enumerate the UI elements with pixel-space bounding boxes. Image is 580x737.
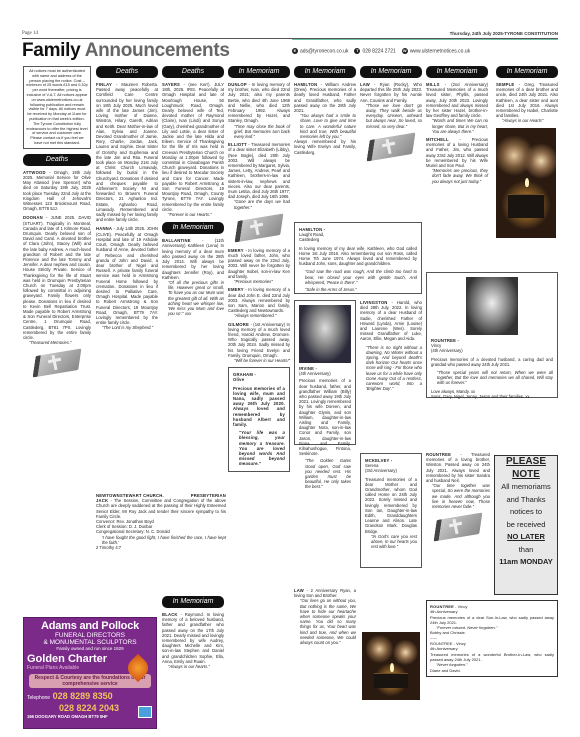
bible-icon: [365, 133, 417, 163]
verse: "Precious memories": [228, 279, 290, 284]
verse: "The Lord is my Shepherd.": [96, 325, 158, 330]
memoriam-notice: LAW - Ryan (Rocky), Who departed this li…: [360, 82, 422, 103]
verse: "Forever in our Hearts.": [162, 212, 224, 217]
graham-boxed-notice: GRAHAM - Olive Precious memories of a lo…: [228, 367, 290, 471]
irvine-boxed-notice: IRVINE - (4th Anniversary) Precious memo…: [294, 300, 356, 445]
deaths-header: Deaths: [23, 154, 91, 166]
deaths-header: Deaths: [162, 66, 224, 78]
phone-contact[interactable]: T028 8224 2721: [354, 48, 395, 54]
candle-image: [496, 128, 556, 238]
memoriam-notice: EMERY - In loving memory of a dear dad J…: [228, 287, 290, 313]
death-notice: DOONAN - JUNE 2025. DAVID (STUART). Trag…: [23, 215, 91, 340]
web-icon: W: [402, 48, 408, 54]
please-note-box: PLEASE NOTE All memoriams and Thanks not…: [494, 455, 558, 595]
newspaper-page: Page 14 Thursday, 24th July 2025-TYRONE …: [22, 0, 558, 737]
page-number: Page 14: [22, 31, 38, 36]
livingston-notice: LIVINGSTON - Harold, who died 28th July,…: [360, 300, 422, 391]
verse: "Always in our hearts.": [162, 664, 224, 669]
verse: "Our lives go on without you, But nothin…: [294, 598, 356, 645]
verse: "Gone are the days we had together.": [228, 199, 290, 209]
column-1: All notices must be authenticated with n…: [23, 66, 91, 383]
rountree-brother-notice: ROUNTREE - Treasured memories of a lovin…: [426, 452, 490, 547]
title-word-announcements: Announcements: [85, 40, 230, 61]
title-word-family: Family: [22, 40, 80, 61]
web-contact[interactable]: Wwww.ulsternetnotices.co.uk: [402, 48, 470, 54]
in-memoriam-header: In Memoriam: [228, 66, 290, 78]
in-memoriam-header: In Memoriam: [294, 66, 356, 78]
verse: "Always remembered.": [228, 313, 290, 318]
memoriam-notice: GILMORE - (1st Anniversary) In loving me…: [228, 322, 290, 358]
rountree-inlaw-boxed-notice: ROUNTREE - Vincy 4th Anniversary Preciou…: [426, 600, 558, 677]
verse: "Always in our Hearts": [496, 118, 558, 123]
memoriam-notice: ELLIOTT - Treasured memories of a dear s…: [228, 142, 290, 199]
law-notice: LAW - 2 Anniversary Ryan, a loving Son a…: [294, 588, 356, 645]
contact-bar: Eads@tyronecon.co.uk T028 8224 2721 Wwww…: [292, 39, 558, 59]
verse: "There is no night without a dawning, No…: [360, 345, 422, 392]
in-memoriam-header: In Memoriam: [496, 66, 558, 78]
in-memoriam-header: In Memoriam: [162, 222, 224, 234]
mckelvey-boxed-notice: MCKELVEY - Serena (3rd Anniversary) Trea…: [360, 453, 422, 568]
page-top-line: Page 14 Thursday, 24th July 2025-TYRONE …: [22, 27, 558, 39]
memoriam-notice: MILLS - (2nd Anniversary) Treasured Memo…: [426, 82, 488, 118]
page-title: Family Announcements: [22, 41, 230, 61]
funeral-director-advert[interactable]: Adams and Pollock FUNERAL DIRECTORS & MO…: [23, 617, 157, 729]
deaths-header: Deaths: [96, 66, 158, 78]
bible-icon: [233, 214, 285, 244]
verse: "Our time together was special, So were …: [426, 483, 490, 509]
candle-image: [362, 632, 420, 700]
dateline: Thursday, 24th July 2025-TYRONE CONSTITU…: [450, 31, 558, 36]
association-logo-icon: [138, 706, 152, 718]
memoriam-notice: HAMILTON - William Andrew (Drew). Precio…: [294, 82, 356, 113]
rountree-vincy-boxed-notice: ROUNTREE - Vincy (4th Anniversary) Preci…: [426, 272, 558, 398]
column-3-bottom: In Memoriam BLACK - Raymond. In loving m…: [162, 596, 224, 669]
bible-icon: [31, 349, 83, 379]
verse: "You always had a smile to share, Love t…: [294, 113, 356, 139]
verse: "Time may close the book of grief, But m…: [228, 124, 290, 140]
rountree-photo: [466, 277, 518, 335]
email-contact[interactable]: Eads@tyronecon.co.uk: [292, 48, 348, 54]
column-2: Deaths FINLAY - Maureen Roberta. Passed …: [96, 66, 158, 331]
phone-icon: T: [354, 48, 360, 54]
church-notice: NEWTOWNSTEWART CHURCH.PRESBYTERIAN JACK …: [96, 493, 226, 550]
email-icon: E: [292, 48, 298, 54]
verse: "Those we love don't go away, They walk …: [360, 103, 422, 129]
column-8: In Memoriam SEMPLE - Greg. Treasured mem…: [496, 66, 558, 238]
verse: "Of all the precious gifts in life, Howe…: [162, 280, 224, 316]
column-4: In Memoriam DUNLOP - In loving memory of…: [228, 66, 290, 472]
memoriam-notice: MITCHELL - Precious memories of a loving…: [426, 137, 488, 168]
memoriam-notice: EMERY - In loving memory of a much loved…: [228, 248, 290, 279]
in-memoriam-header: In Memoriam: [360, 66, 422, 78]
verse: "Words and times We can no longer share,…: [426, 118, 488, 134]
in-memoriam-header: In Memoriam: [162, 596, 224, 608]
verse: "Memories are precious, they don't fade …: [426, 168, 488, 184]
death-notice: HANNA - July 14th 2025. JOHN (CLIVE). Pe…: [96, 226, 158, 325]
verse: "Will be forever in our Hearts!": [228, 358, 290, 363]
notice-info-box: All notices must be authenticated with n…: [23, 66, 91, 149]
memoriam-notice: DUNLOP - In loving memory of my brother,…: [228, 82, 290, 124]
verse: "Treasured Memories.": [23, 340, 91, 345]
in-memoriam-header: In Memoriam: [426, 66, 488, 78]
death-notice: FINLAY - Maureen Roberta. Passed away pe…: [96, 82, 158, 222]
column-7: In Memoriam MILLS - (2nd Anniversary) Tr…: [426, 66, 488, 184]
irvine-photo: [299, 305, 351, 363]
column-5: In Memoriam HAMILTON - William Andrew (D…: [294, 66, 356, 155]
column-3: Deaths SAYERS - (nee Kerr). JULY 18th, 2…: [162, 66, 224, 316]
column-6: In Memoriam LAW - Ryan (Rocky), Who depa…: [360, 66, 422, 167]
memoriam-notice: BLACK - Raymond. In loving memory of a b…: [162, 612, 224, 664]
memoriam-notice: BALLANTINE - (11th Anniversary) Kathleen…: [162, 238, 224, 280]
memoriam-notice: SEMPLE - Greg. Treasured memories of a d…: [496, 82, 558, 118]
hamilton-boxed-notice: HAMILTON - Laught Road, Castlederg In lo…: [294, 222, 422, 294]
death-notice: ATTWOOD - Omagh, 19th July 2025. Memoria…: [23, 170, 91, 212]
death-notice: SAYERS - (nee Kerr). JULY 18th, 2025. IR…: [162, 82, 224, 212]
bible-icon: [432, 513, 484, 543]
